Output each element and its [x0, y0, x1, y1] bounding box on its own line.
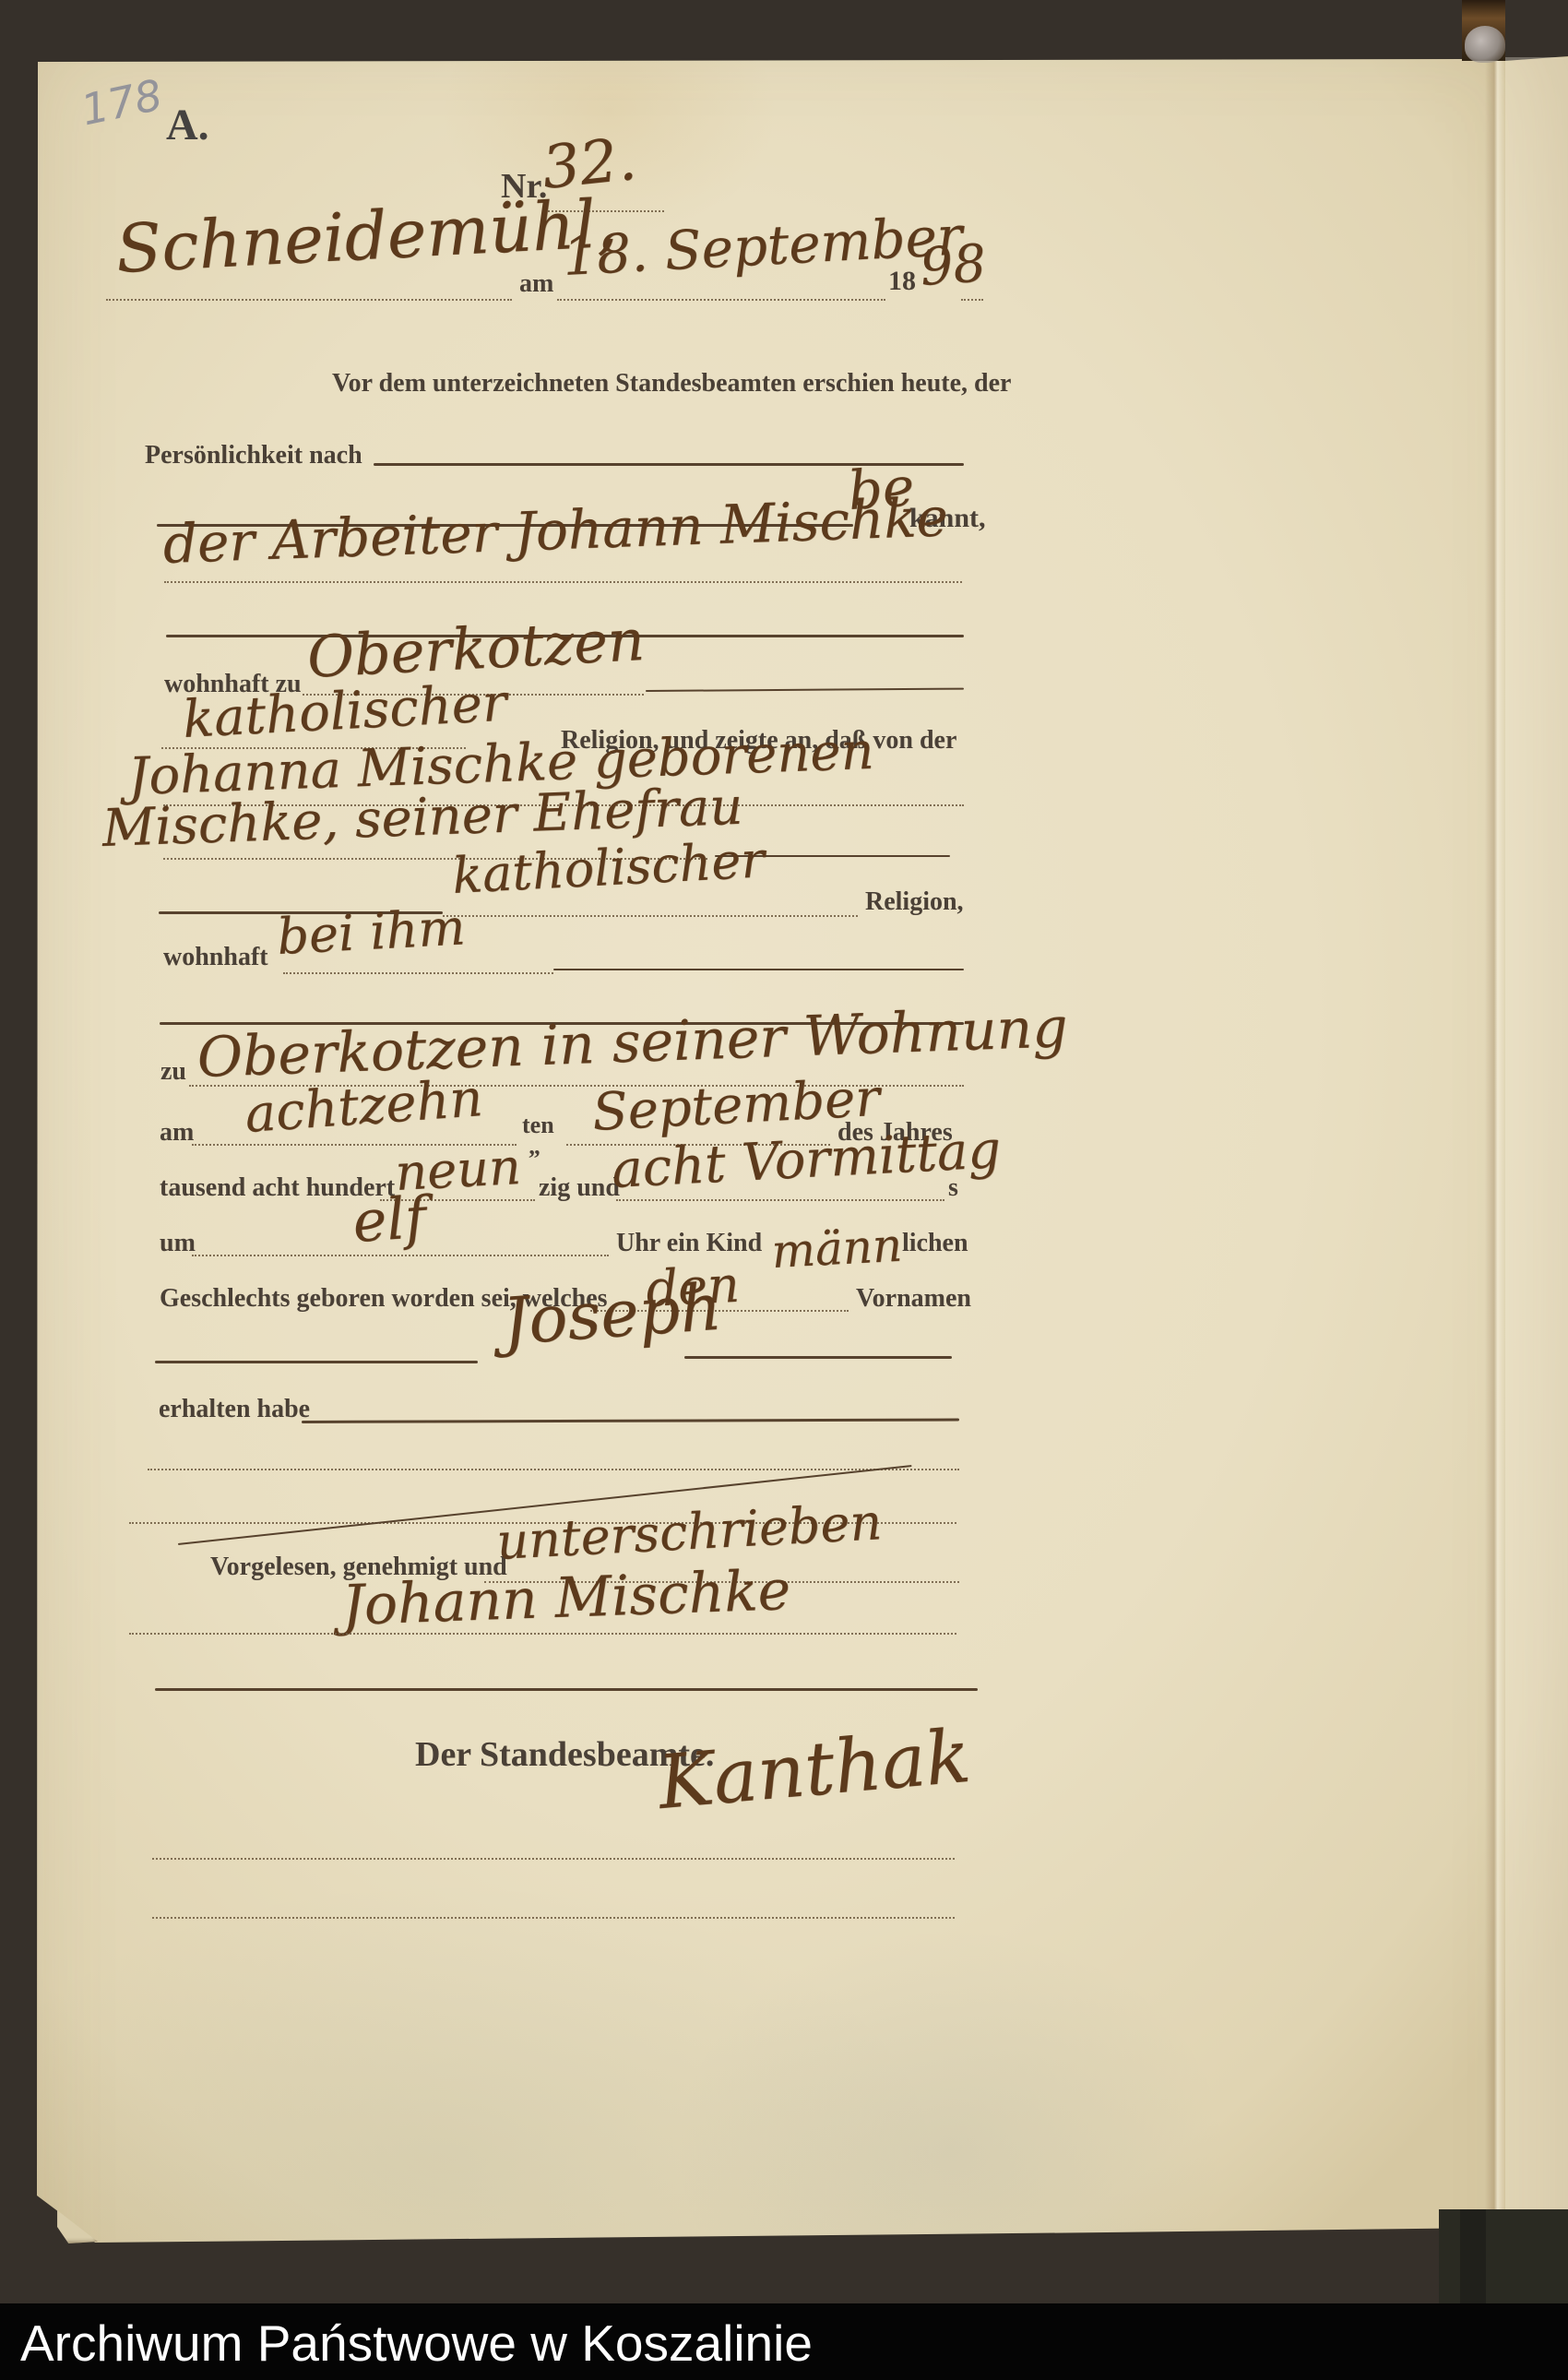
vornamen-label: Vornamen	[856, 1284, 971, 1314]
ink-line	[155, 1688, 978, 1691]
erhalten-label: erhalten habe	[159, 1395, 310, 1424]
intro-line1: Vor dem unterzeichneten Standesbeamten e…	[332, 369, 1011, 399]
ten-suffix-mark: „	[529, 1133, 540, 1160]
gender-handwritten: männ	[770, 1219, 903, 1279]
document-scan: 178 A. Nr. 32. Schneidemühl, am 18. Sept…	[0, 0, 1568, 2380]
form-line	[443, 915, 858, 917]
am-label: am	[519, 269, 553, 299]
form-line	[283, 972, 553, 974]
am2-label: am	[160, 1118, 194, 1148]
year-handwritten: 98	[918, 233, 988, 298]
year-century-printed: 18	[888, 266, 916, 297]
persoenlichkeit-label: Persönlichkeit nach	[145, 441, 362, 470]
form-line	[164, 581, 962, 583]
mother-residence: bei ihm	[276, 898, 467, 966]
form-line	[152, 1917, 955, 1919]
form-line	[557, 299, 885, 301]
form-line	[961, 299, 983, 301]
ink-line	[684, 1356, 952, 1359]
binding-glue-blob	[1465, 26, 1505, 63]
lichen-label: lichen	[902, 1229, 968, 1258]
zu-label: zu	[160, 1057, 186, 1087]
birth-hour: elf	[350, 1184, 428, 1255]
form-line	[106, 299, 512, 301]
child-firstname: Joseph	[500, 1269, 724, 1360]
zig-und-label: zig und	[539, 1173, 620, 1203]
form-line	[192, 1255, 609, 1256]
scan-background	[1439, 2209, 1568, 2303]
s-suffix: s	[948, 1173, 958, 1203]
binding-shadow	[1460, 2209, 1486, 2303]
section-letter-stamp: A.	[166, 100, 209, 150]
form-line	[616, 1199, 944, 1201]
ink-line	[155, 1361, 478, 1363]
wohnhaft2-label: wohnhaft	[163, 943, 268, 972]
form-line	[129, 1633, 956, 1635]
archive-name: Archiwum Państwowe w Koszalinie	[20, 2303, 813, 2380]
ink-line	[553, 969, 964, 970]
form-line	[152, 1858, 955, 1860]
form-line	[148, 1469, 959, 1470]
page-fold-right	[1505, 57, 1568, 2231]
archive-footer-bar: Archiwum Państwowe w Koszalinie	[0, 2303, 1568, 2380]
page-fold-crease	[1485, 57, 1505, 2231]
um-label: um	[160, 1229, 196, 1258]
religion2-printed: Religion,	[865, 887, 964, 917]
uhr-ein-kind-label: Uhr ein Kind	[616, 1229, 762, 1258]
